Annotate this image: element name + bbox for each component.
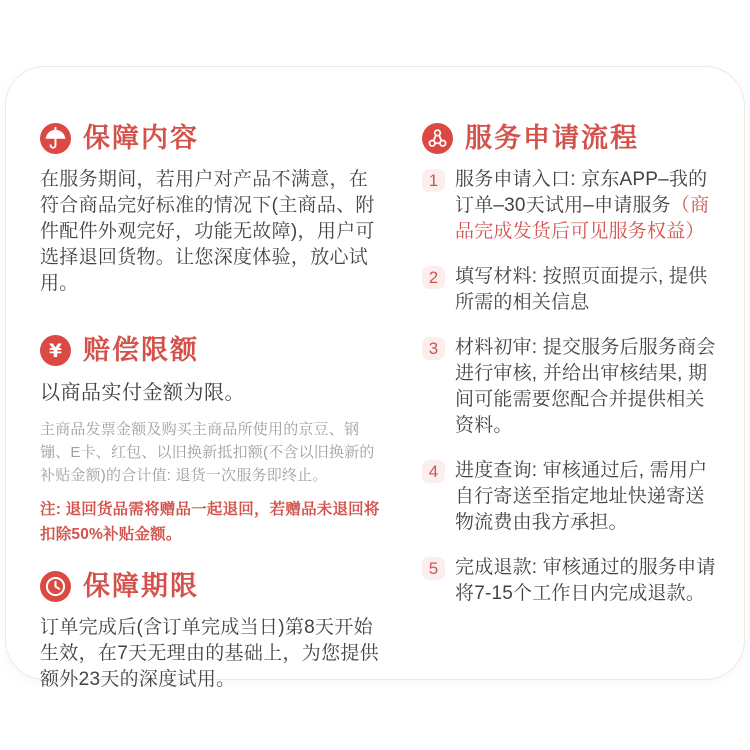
step-text: 填写材料: 按照页面提示, 提供所需的相关信息 [455, 264, 720, 316]
section-compensation-limit: ¥ 赔偿限额 以商品实付金额为限。 主商品发票金额及购买主商品所使用的京豆、钢镚… [40, 335, 384, 547]
guarantee-period-paragraph: 订单完成后(含订单完成当日)第8天开始生效，在7天无理由的基础上，为您提供额外2… [40, 615, 384, 693]
guarantee-content-paragraph: 在服务期间，若用户对产品不满意，在符合商品完好标准的情况下(主商品、附件配件外观… [40, 167, 384, 297]
step-number: 4 [422, 460, 445, 483]
service-flow-steps: 1 服务申请入口: 京东APP–我的订单–30天试用–申请服务（商品完成发货后可… [422, 167, 720, 607]
compensation-note: 注: 退回货品需将赠品一起退回，若赠品未退回将扣除50%补贴金额。 [40, 497, 384, 547]
policy-card: 保障内容 在服务期间，若用户对产品不满意，在符合商品完好标准的情况下(主商品、附… [5, 66, 745, 680]
step-text: 材料初审: 提交服务后服务商会进行审核, 并给出审核结果, 期间可能需要您配合并… [455, 335, 720, 439]
step-text: 完成退款: 审核通过的服务申请将7-15个工作日内完成退款。 [455, 555, 720, 607]
section-guarantee-content: 保障内容 在服务期间，若用户对产品不满意，在符合商品完好标准的情况下(主商品、附… [40, 123, 384, 297]
section-guarantee-period: 保障期限 订单完成后(含订单完成当日)第8天开始生效，在7天无理由的基础上，为您… [40, 571, 384, 693]
section-title: 保障内容 [83, 123, 199, 154]
step-text: 进度查询: 审核通过后, 需用户自行寄送至指定地址快递寄送物流费由我方承担。 [455, 458, 720, 536]
service-flow-step-3: 3 材料初审: 提交服务后服务商会进行审核, 并给出审核结果, 期间可能需要您配… [422, 335, 720, 439]
section-heading: ¥ 赔偿限额 [40, 335, 384, 366]
section-title: 服务申请流程 [465, 123, 639, 154]
step-number: 1 [422, 169, 445, 192]
service-flow-step-4: 4 进度查询: 审核通过后, 需用户自行寄送至指定地址快递寄送物流费由我方承担。 [422, 458, 720, 536]
step-number: 5 [422, 557, 445, 580]
left-column: 保障内容 在服务期间，若用户对产品不满意，在符合商品完好标准的情况下(主商品、附… [40, 123, 384, 679]
service-flow-step-2: 2 填写材料: 按照页面提示, 提供所需的相关信息 [422, 264, 720, 316]
section-heading: 保障内容 [40, 123, 384, 154]
section-title: 保障期限 [83, 571, 199, 602]
network-icon [422, 123, 453, 154]
svg-text:¥: ¥ [49, 341, 62, 362]
service-flow-step-5: 5 完成退款: 审核通过的服务申请将7-15个工作日内完成退款。 [422, 555, 720, 607]
right-column: 服务申请流程 1 服务申请入口: 京东APP–我的订单–30天试用–申请服务（商… [422, 123, 720, 679]
section-heading: 保障期限 [40, 571, 384, 602]
section-title: 赔偿限额 [83, 335, 199, 366]
section-heading: 服务申请流程 [422, 123, 720, 154]
step-number: 3 [422, 337, 445, 360]
step-number: 2 [422, 266, 445, 289]
compensation-fine-print: 主商品发票金额及购买主商品所使用的京豆、钢镚、E卡、红包、以旧换新抵扣额(不含以… [40, 418, 384, 487]
service-policy-page: 保障内容 在服务期间，若用户对产品不满意，在符合商品完好标准的情况下(主商品、附… [0, 0, 750, 750]
umbrella-icon [40, 123, 71, 154]
section-service-flow: 服务申请流程 1 服务申请入口: 京东APP–我的订单–30天试用–申请服务（商… [422, 123, 720, 607]
yen-icon: ¥ [40, 335, 71, 366]
clock-icon [40, 571, 71, 602]
step-text: 服务申请入口: 京东APP–我的订单–30天试用–申请服务（商品完成发货后可见服… [455, 167, 720, 245]
service-flow-step-1: 1 服务申请入口: 京东APP–我的订单–30天试用–申请服务（商品完成发货后可… [422, 167, 720, 245]
compensation-lead: 以商品实付金额为限。 [40, 379, 384, 407]
